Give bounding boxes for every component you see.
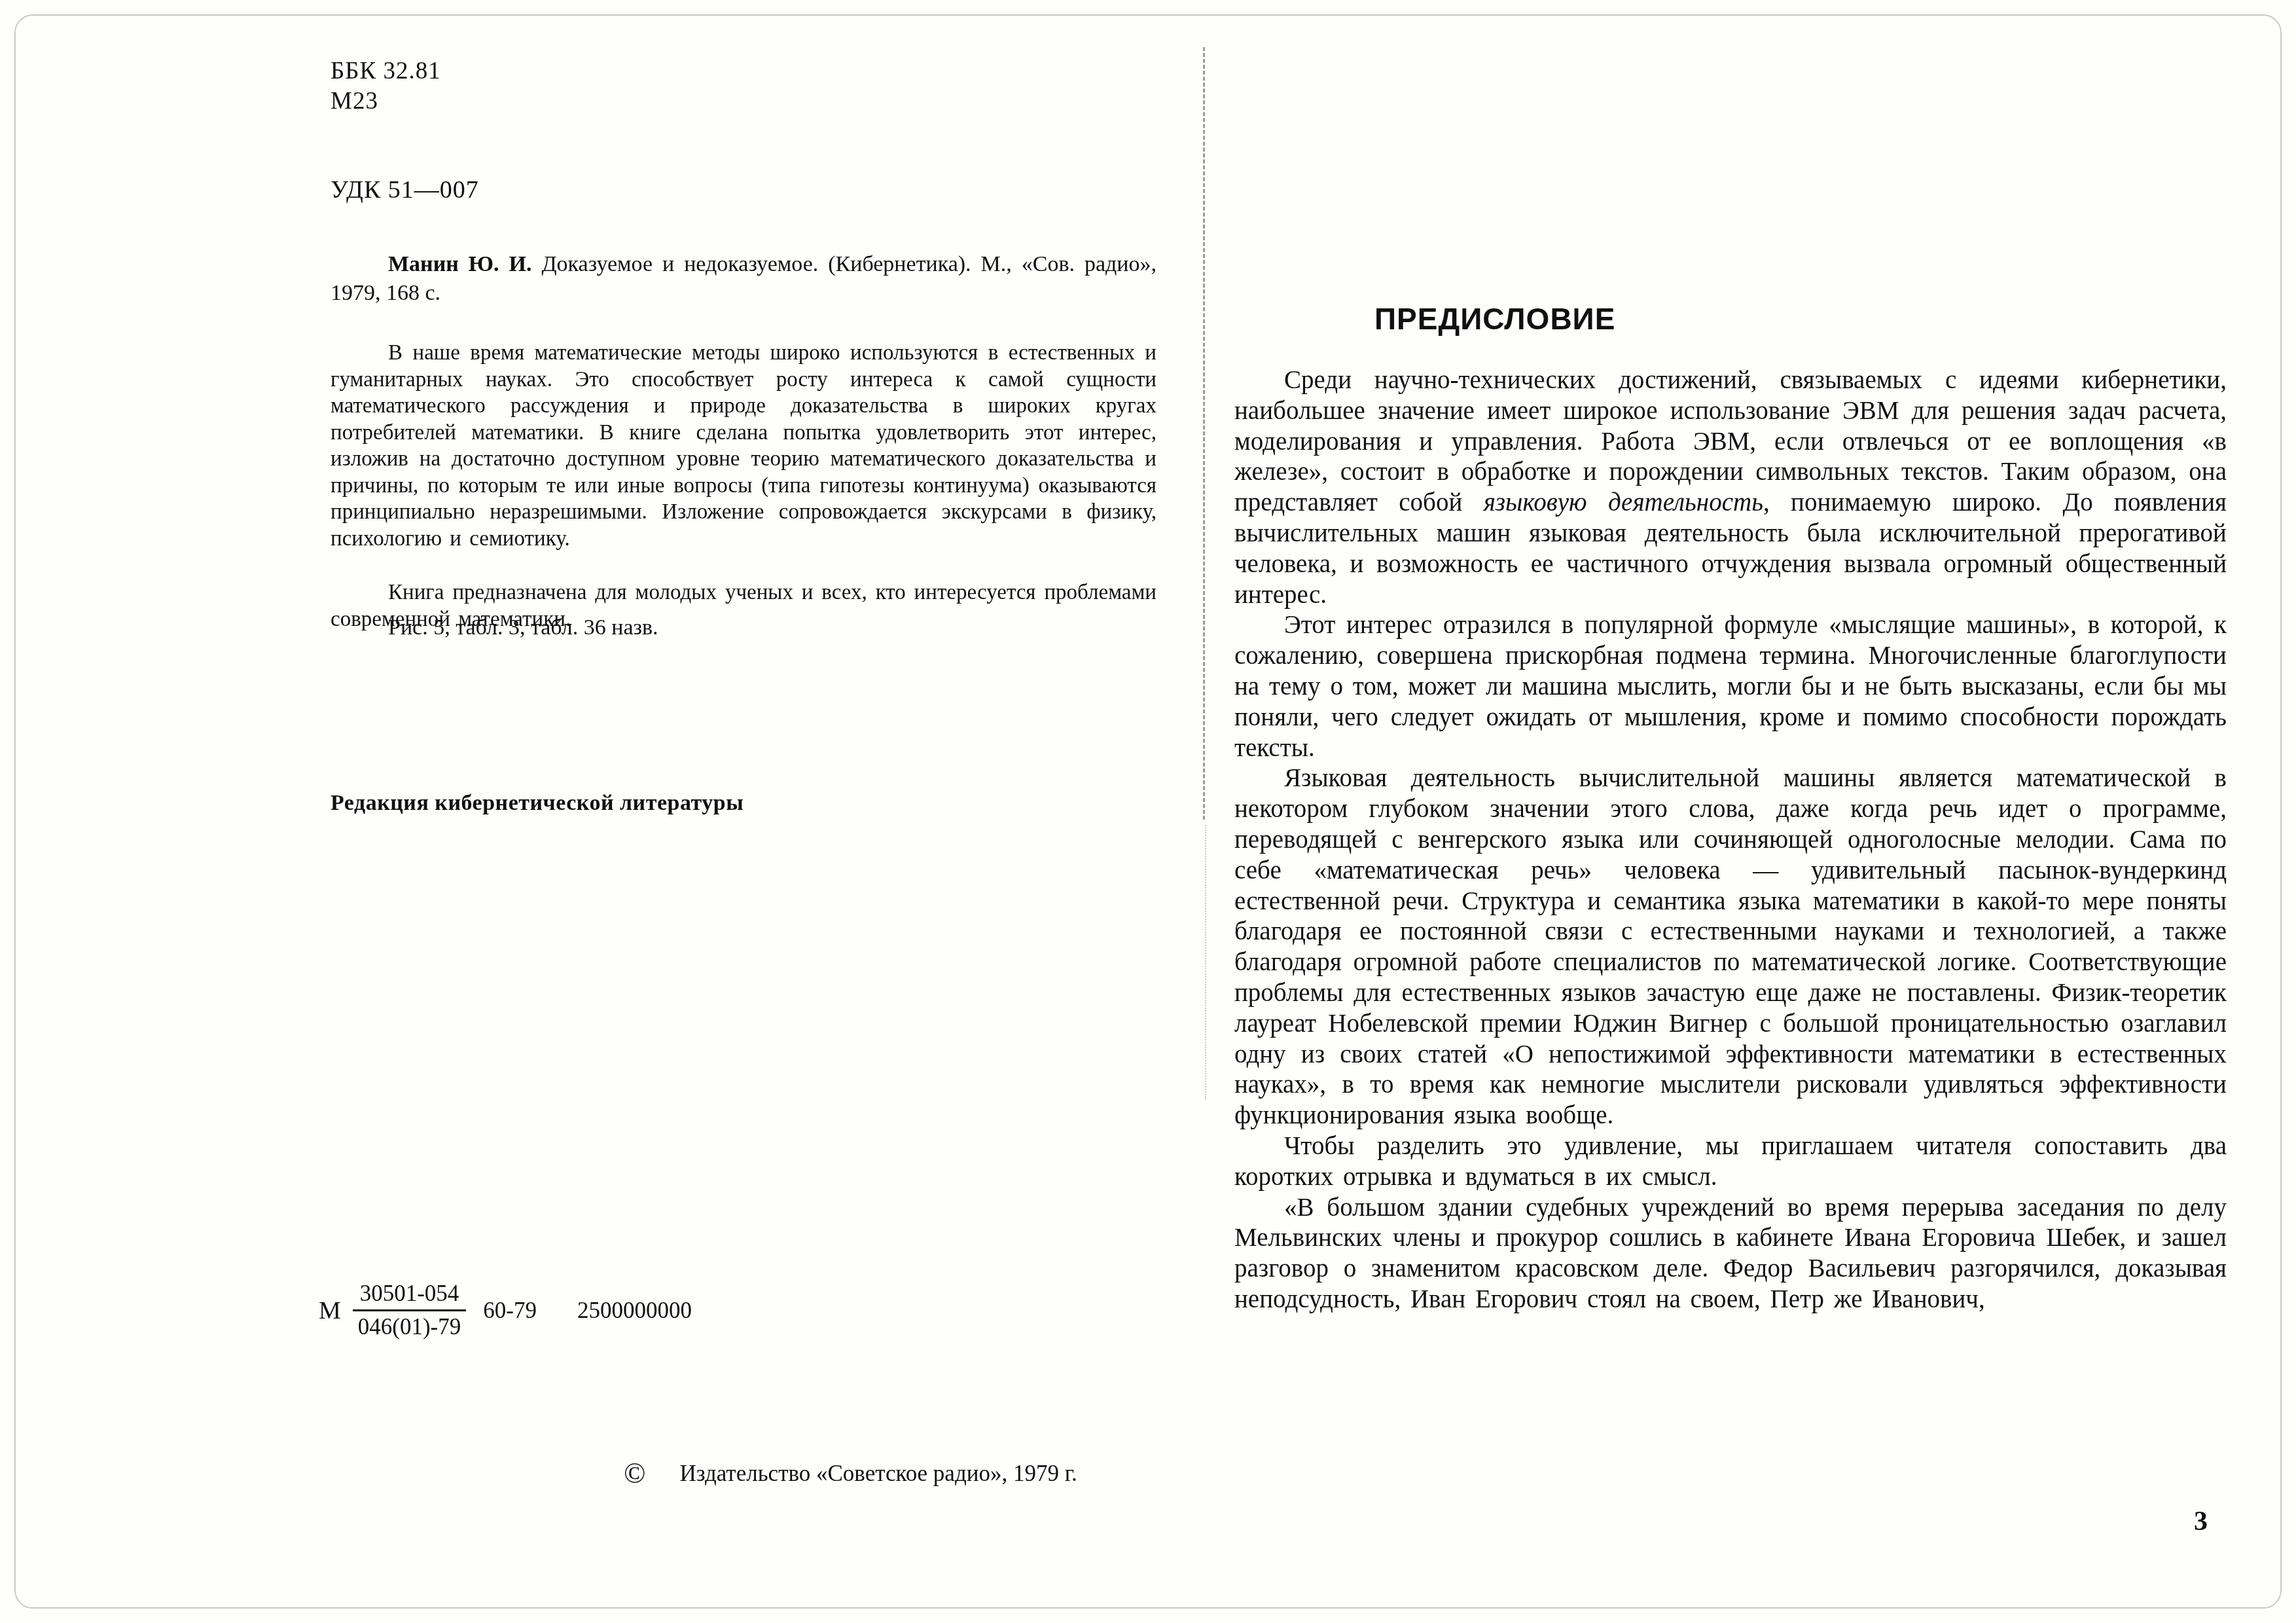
annotation-paragraph: В наше время математические методы широк… [331, 340, 1157, 552]
right-page: ПРЕДИСЛОВИЕ Среди научно-технических дос… [1234, 301, 2227, 1315]
bbk-classification: ББК 32.81 М23 [331, 56, 441, 117]
imprint-numerator: 30501-054 [353, 1281, 466, 1311]
copyright-icon: © [624, 1457, 645, 1490]
bbk-code: ББК 32.81 [331, 56, 441, 86]
copyright-text: Издательство «Советское радио», 1979 г. [679, 1461, 1077, 1487]
page-gutter-line-faint [1205, 825, 1206, 1100]
copyright-line: © Издательство «Советское радио», 1979 г… [624, 1455, 1077, 1488]
author-name: Манин Ю. И. [388, 252, 531, 276]
editorial-line: Редакция кибернетической литературы [331, 791, 744, 816]
figures-tables-line: Рис. 5, табл. 3, табл. 36 назв. [388, 615, 658, 640]
imprint-code2: 2500000000 [577, 1298, 692, 1324]
page-gutter-line [1203, 47, 1205, 820]
preface-paragraph-5: «В большом здании судебных учреждений во… [1234, 1193, 2227, 1315]
imprint-letter: М [319, 1296, 341, 1325]
imprint-denominator: 046(01)-79 [353, 1311, 466, 1340]
imprint-formula: М 30501-054 046(01)-79 60-79 2500000000 [319, 1281, 692, 1340]
preface-title: ПРЕДИСЛОВИЕ [1374, 301, 2227, 337]
imprint-code1: 60-79 [483, 1298, 537, 1324]
udk-code: УДК 51—007 [331, 175, 479, 204]
preface-paragraph-3: Языковая деятельность вычислительной маш… [1234, 763, 2227, 1131]
preface-paragraph-2: Этот интерес отразился в популярной форм… [1234, 610, 2227, 763]
preface-paragraph-4: Чтобы разделить это удивление, мы пригла… [1234, 1131, 2227, 1193]
language-activity-term: языковую деятельность [1484, 488, 1763, 517]
author-sign-code: М23 [331, 86, 441, 117]
preface-paragraph-1: Среди научно-технических достижений, свя… [1234, 365, 2227, 610]
bibliographic-entry: Манин Ю. И. Доказуемое и недоказуемое. (… [331, 250, 1157, 308]
imprint-fraction: 30501-054 046(01)-79 [353, 1281, 466, 1340]
book-spread-scan: ББК 32.81 М23 УДК 51—007 Манин Ю. И. Док… [0, 0, 2296, 1623]
page-number: 3 [2194, 1506, 2208, 1537]
